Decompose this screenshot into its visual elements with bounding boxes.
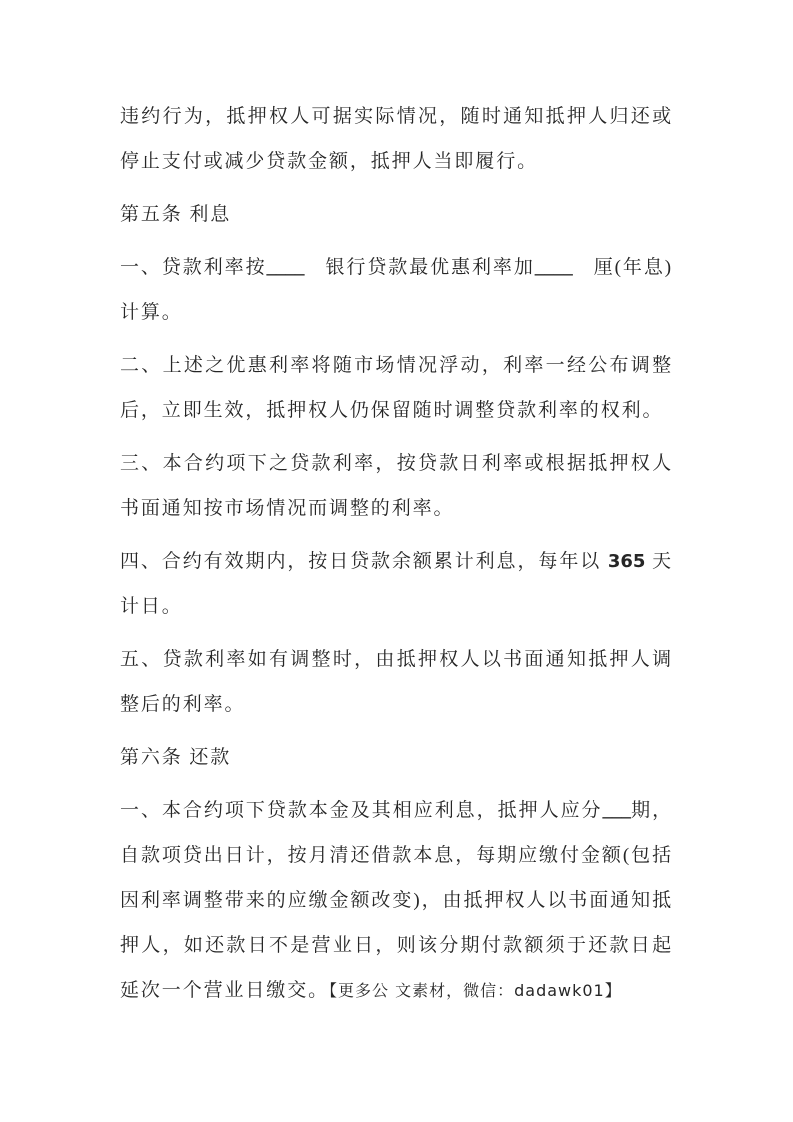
paragraph: 一、贷款利率按____ 银行贷款最优惠利率加____ 厘(年息)计算。 [120, 245, 673, 335]
blank-field: ___ [603, 800, 632, 821]
bold-number: 365 [608, 551, 646, 572]
text-run: 三、本合约项下之贷款利率，按贷款日利率或根据抵押权人书面通知按市场情况而调整的利… [120, 453, 673, 519]
text-run: 五、贷款利率如有调整时，由抵押权人以书面通知抵押人调整后的利率。 [120, 649, 673, 715]
text-run: 违约行为，抵押权人可据实际情况，随时通知抵押人归还或停止支付或减少贷款金额，抵押… [120, 106, 673, 172]
paragraph: 二、上述之优惠利率将随市场情况浮动，利率一经公布调整后，立即生效，抵押权人仍保留… [120, 343, 673, 433]
paragraph: 四、合约有效期内，按日贷款余额累计利息，每年以 365 天计日。 [120, 539, 673, 629]
text-run: 二、上述之优惠利率将随市场情况浮动，利率一经公布调整后，立即生效，抵押权人仍保留… [120, 355, 673, 421]
text-run: 一、贷款利率按 [120, 257, 267, 278]
section-heading: 第六条 还款 [120, 735, 673, 780]
paragraph: 违约行为，抵押权人可据实际情况，随时通知抵押人归还或停止支付或减少贷款金额，抵押… [120, 94, 673, 184]
promo-note: 【更多公 文素材，微信：dadawk01】 [329, 981, 622, 1000]
text-run: 第五条 利息 [120, 204, 231, 225]
text-run: 四、合约有效期内，按日贷款余额累计利息，每年以 [120, 551, 608, 572]
blank-field: ____ [535, 257, 573, 278]
text-run: 一、本合约项下贷款本金及其相应利息，抵押人应分 [120, 800, 603, 821]
paragraph: 三、本合约项下之贷款利率，按贷款日利率或根据抵押权人书面通知按市场情况而调整的利… [120, 441, 673, 531]
blank-field: ____ [267, 257, 305, 278]
document-page: 违约行为，抵押权人可据实际情况，随时通知抵押人归还或停止支付或减少贷款金额，抵押… [0, 0, 793, 1122]
paragraph: 一、本合约项下贷款本金及其相应利息，抵押人应分___期，自款项贷出日计，按月清还… [120, 788, 673, 1013]
section-heading: 第五条 利息 [120, 192, 673, 237]
text-run: 期，自款项贷出日计，按月清还借款本息，每期应缴付金额(包括因利率调整带来的应缴金… [120, 800, 673, 1001]
document-body: 违约行为，抵押权人可据实际情况，随时通知抵押人归还或停止支付或减少贷款金额，抵押… [120, 94, 673, 1013]
paragraph: 五、贷款利率如有调整时，由抵押权人以书面通知抵押人调整后的利率。 [120, 637, 673, 727]
text-run: 银行贷款最优惠利率加 [305, 257, 535, 278]
text-run: 第六条 还款 [120, 747, 231, 768]
